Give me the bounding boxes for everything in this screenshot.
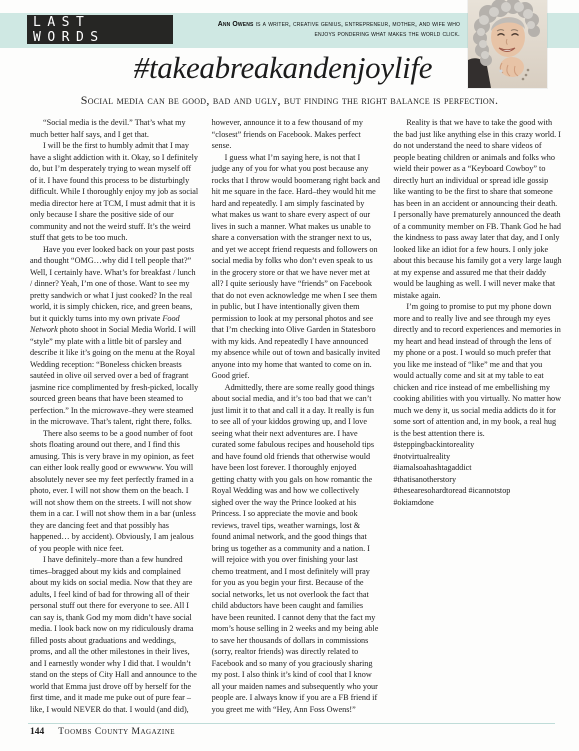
paragraph: Reality is that we have to take the good… [393, 117, 562, 301]
footer: 144Toombs County Magazine [30, 727, 175, 737]
article-title: #takeabreakandenjoylife [0, 50, 566, 86]
paragraph: Have you ever looked back on your past p… [30, 244, 199, 428]
magazine-name: Toombs County Magazine [58, 727, 175, 737]
hashtag-line: #thesearesohardtoread #icannotstop [393, 485, 562, 497]
hashtag-line: #okiamdone [393, 497, 562, 509]
paragraph: I will be the first to humbly admit that… [30, 140, 199, 244]
paragraph: I’m going to promise to put my phone dow… [393, 301, 562, 439]
paragraph: “Social media is the devil.” That’s what… [30, 117, 199, 140]
paragraph: Admittedly, there are some really good t… [212, 382, 381, 716]
paragraph-text: photo shoot in Social Media World. I wil… [30, 325, 198, 426]
article-subtitle: Social media can be good, bad and ugly, … [0, 93, 579, 108]
hashtag-line: #thatisanotherstory [393, 474, 562, 486]
page-number: 144 [30, 727, 44, 737]
byline: Ann Owens is a writer, creative genius, … [215, 20, 460, 41]
byline-text: is a writer, creative genius, entreprene… [254, 21, 460, 38]
paragraph-text: Have you ever looked back on your past p… [30, 245, 196, 323]
footer-rule [28, 723, 555, 724]
hashtag-line: #notvirtualreality [393, 451, 562, 463]
paragraph: I guess what I’m saying here, is not tha… [212, 152, 381, 382]
article-body: “Social media is the devil.” That’s what… [30, 117, 562, 721]
hashtag-line: #steppingbackintoreality [393, 439, 562, 451]
section-label: LAST WORDS [27, 15, 173, 44]
hashtag-line: #iamalsoahashtagaddict [393, 462, 562, 474]
paragraph: There also seems to be a good number of … [30, 428, 199, 555]
author-name: Ann Owens [218, 21, 254, 28]
